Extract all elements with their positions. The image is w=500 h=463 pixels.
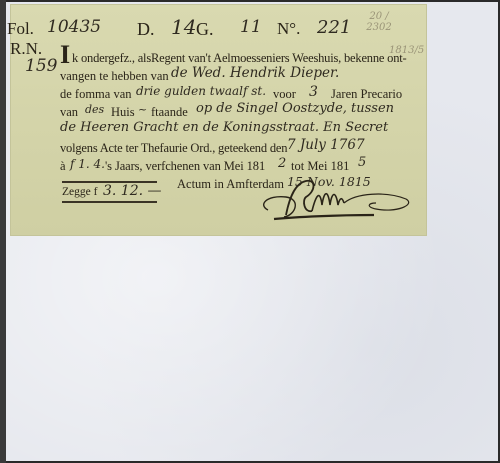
zegge-rule-bottom (62, 201, 157, 203)
d-value: 14 (171, 15, 196, 39)
fol-label: Fol. (7, 19, 34, 39)
no-value: 221 (317, 17, 351, 38)
body-line-1: k ondergefz., alsRegent van't Aelmoessen… (72, 51, 407, 66)
zegge-label: Zegge f (62, 186, 97, 198)
period-end-digit: 5 (358, 155, 366, 170)
no-label: N°. (277, 19, 300, 39)
act-date: 7 July 1767 (287, 137, 365, 153)
body-line-4-printed-b: Huis (111, 105, 135, 120)
property-location: op de Singel Oostzyde, tussen (196, 101, 394, 116)
fol-value: 10435 (47, 17, 101, 37)
body-line-6-printed: volgens Acte ter Thefaurie Ord., geteeke… (60, 141, 287, 156)
body-line-2-printed: vangen te hebben van (60, 69, 169, 84)
initial-letter: I (60, 42, 70, 68)
body-line-4-hand-b: ~ (138, 103, 147, 116)
amount-in-words: drie gulden twaalf st. (136, 84, 266, 98)
g-label: G. (196, 19, 214, 40)
body-line-7-printed-c: tot Mei 181 (291, 159, 349, 174)
years-count: 3 (309, 84, 318, 100)
payer-name: de Wed. Hendrik Dieper. (171, 65, 339, 81)
body-line-7-printed-b: 's Jaars, verfchenen van Mei 181 (105, 159, 265, 174)
receipt-document: Fol. 10435 D. 14 G. 11 N°. 221 20 / 2302… (11, 5, 426, 235)
d-label: D. (137, 19, 155, 40)
body-line-7-printed-a: à (60, 159, 66, 174)
g-value: 11 (240, 17, 262, 37)
signature (256, 175, 416, 230)
body-line-4-hand-a: des (85, 103, 104, 116)
body-line-4-printed-c: ftaande (151, 105, 188, 120)
annual-amount: f 1. 4. (70, 157, 105, 171)
body-line-3-printed-b: voor (273, 87, 296, 102)
zegge-amount: 3. 12. — (103, 183, 162, 199)
body-line-4-printed-a: van (60, 105, 78, 120)
body-line-3-printed-c: Jaren Precario (331, 87, 402, 102)
property-location-cont: de Heeren Gracht en de Koningsstraat. En… (60, 120, 388, 135)
rn-value: 159 (25, 56, 57, 76)
pencil-note-top: 20 / 2302 (364, 11, 394, 33)
period-start-digit: 2 (278, 156, 286, 171)
signature-flourish-icon (256, 175, 416, 225)
body-line-3-printed-a: de fomma van (60, 87, 132, 102)
